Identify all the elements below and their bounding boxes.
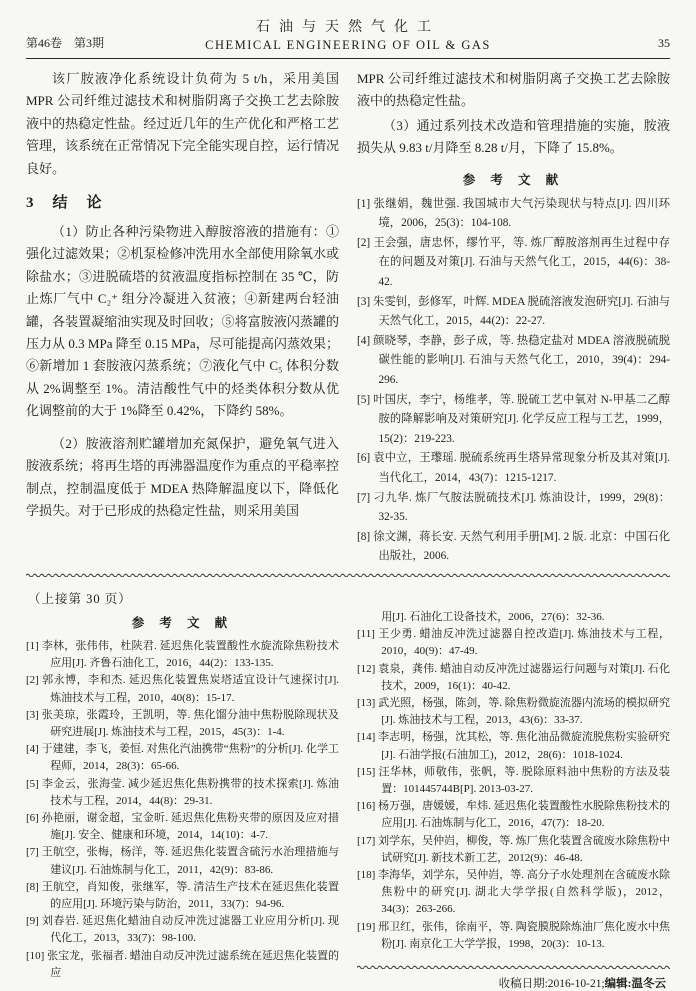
reference-item: [7] 王航空，张梅，杨洋，等. 延迟焦化装置含硫污水治理措施与建议[J]. 石…	[26, 844, 339, 878]
reference-item: [3] 朱雯钊，彭修军，叶辉. MDEA 脱硫溶液发泡研究[J]. 石油与天然气…	[357, 293, 670, 332]
reference-item: [4] 于建建，李飞，姜恒. 对焦化汽油携带“焦粉”的分析[J]. 化学工程师，…	[26, 741, 339, 775]
section-heading-conclusion: 3 结 论	[26, 191, 339, 212]
references-heading: 参 考 文 献	[357, 170, 670, 188]
continuation-left-column: 参 考 文 献 [1] 李林，张伟伟，杜陕君. 延迟焦化装置酸性水旋流除焦粉技术…	[26, 609, 339, 989]
reference-item: [14] 李志明，杨强，沈其松，等. 焦化油品微旋流脱焦粉实验研究[J]. 石油…	[357, 729, 670, 763]
reference-item: [2] 郭永博，李和杰. 延迟焦化装置焦炭塔适宜设计气速探讨[J]. 炼油技术与…	[26, 672, 339, 706]
references-list-top: [1] 张继娟，魏世强. 我国城市大气污染现状与特点[J]. 四川环境，2006…	[357, 195, 670, 567]
reference-item: [8] 徐文渊，蒋长安. 天然气利用手册[M]. 2 版. 北京：中国石化出版社…	[357, 528, 670, 567]
reference-item: [16] 杨万强，唐媛媛，牟炜. 延迟焦化装置酸性水脱除焦粉技术的应用[J]. …	[357, 798, 670, 832]
reference-item: [2] 王会强，唐忠怀，缪竹平，等. 炼厂醇胺溶剂再生过程中存在的问题及对策[J…	[357, 234, 670, 293]
references-heading: 参 考 文 献	[26, 613, 339, 631]
continuation-section: 参 考 文 献 [1] 李林，张伟伟，杜陕君. 延迟焦化装置酸性水旋流除焦粉技术…	[26, 607, 670, 989]
journal-page: 第46卷 第3期 石油与天然气化工 CHEMICAL ENGINEERING O…	[0, 0, 696, 991]
section-wavy-divider	[26, 572, 670, 577]
received-editor-line: 收稿日期:2017-02-20;编辑:温冬云	[357, 567, 670, 570]
reference-item: [6] 孙艳丽，谢金超，宝金昕. 延迟焦化焦粉夹带的原因及应对措施[J]. 安全…	[26, 810, 339, 844]
body-paragraph: （3）通过系列技术改造和管理措施的实施，胺液损失从 9.83 t/月降至 8.2…	[357, 115, 670, 160]
body-paragraph: （2）胺液溶剂贮罐增加充氮保护，避免氧气进入胺液系统；将再生塔的再沸器温度作为重…	[26, 433, 339, 523]
reference-item: [6] 袁中立，王瓈瑶. 脱硫系统再生塔异常现象分析及其对策[J]. 当代化工，…	[357, 449, 670, 488]
continuation-right-column: 用[J]. 石油化工设备技术，2006，27(6)：32-36. [11] 王少…	[357, 609, 670, 989]
page-number: 35	[550, 36, 670, 53]
reference-item: [1] 张继娟，魏世强. 我国城市大气污染现状与特点[J]. 四川环境，2006…	[357, 195, 670, 234]
reference-item: [1] 李林，张伟伟，杜陕君. 延迟焦化装置酸性水旋流除焦粉技术应用[J]. 齐…	[26, 638, 339, 672]
spacer	[357, 953, 670, 964]
volume-issue: 第46卷 第3期	[26, 34, 146, 53]
left-column: 该厂胺液净化系统设计负荷为 5 t/h，采用美国MPR 公司纤维过滤技术和树脂阴…	[26, 68, 339, 570]
reference-item: [4] 颜晓琴，李静，彭子成，等. 热稳定盐对 MDEA 溶液脱硫脱碳性能的影响…	[357, 332, 670, 391]
continuation-note: （上接第 30 页）	[28, 589, 670, 607]
received-editor-line: 收稿日期:2016-10-21;编辑:温冬云	[357, 969, 670, 989]
reference-item: [17] 刘学东，吴仲岿，柳俊，等. 炼厂焦化装置含硫废水除焦粉中试研究[J].…	[357, 833, 670, 867]
reference-item: [7] 刁九华. 炼厂气胺法脱硫技术[J]. 炼油设计，1999，29(8)：3…	[357, 489, 670, 528]
reference-item: [5] 叶国庆，李宁，杨维孝，等. 脱硫工艺中氧对 N-甲基二乙醇胺的降解影响及…	[357, 391, 670, 450]
page-header: 第46卷 第3期 石油与天然气化工 CHEMICAL ENGINEERING O…	[26, 16, 670, 59]
journal-title-en: CHEMICAL ENGINEERING OF OIL & GAS	[146, 38, 550, 53]
reference-item: [11] 王少勇. 蜡油反冲洗过滤器自控改造[J]. 炼油技术与工程，2010，…	[357, 626, 670, 660]
journal-title-cn: 石油与天然气化工	[146, 16, 550, 36]
main-content: 该厂胺液净化系统设计负荷为 5 t/h，采用美国MPR 公司纤维过滤技术和树脂阴…	[26, 68, 670, 570]
received-date: 收稿日期:2016-10-21;	[499, 978, 605, 989]
reference-item: [9] 刘春岩. 延迟焦化蜡油自动反冲洗过滤器工业应用分析[J]. 现代化工，2…	[26, 913, 339, 947]
reference-item-continued: 用[J]. 石油化工设备技术，2006，27(6)：32-36.	[357, 609, 670, 626]
body-paragraph: （1）防止各种污染物进入醇胺溶液的措施有：①强化过滤效果；②机泵检修冲洗用水全部…	[26, 221, 339, 423]
reference-item: [15] 汪华林，师敬伟，张帆，等. 脱除原料油中焦粉的方法及装置：101445…	[357, 764, 670, 798]
body-paragraph: MPR 公司纤维过滤技术和树脂阴离子交换工艺去除胺液中的热稳定性盐。	[357, 68, 670, 113]
reference-item: [5] 李金云，张海莹. 减少延迟焦化焦粉携带的技术探索[J]. 炼油技术与工程…	[26, 776, 339, 810]
editor-name: 编辑:温冬云	[605, 978, 666, 989]
reference-item: [10] 张宝龙，张福者. 蜡油自动反冲洗过滤系统在延迟焦化装置的应	[26, 948, 339, 982]
reference-item: [18] 李海华，刘学东，吴仲岿，等. 高分子水处理剂在含硫废水除焦粉中的研究[…	[357, 867, 670, 919]
reference-item: [12] 袁泉，龚伟. 蜡油自动反冲洗过滤器运行问题与对策[J]. 石化技术，2…	[357, 661, 670, 695]
right-column: MPR 公司纤维过滤技术和树脂阴离子交换工艺去除胺液中的热稳定性盐。 （3）通过…	[357, 68, 670, 570]
journal-title-block: 石油与天然气化工 CHEMICAL ENGINEERING OF OIL & G…	[146, 16, 550, 53]
reference-item: [3] 张美琼，张霞玲，王凯明，等. 焦化馏分油中焦粉脱除现状及研究进展[J].…	[26, 707, 339, 741]
reference-item: [13] 武光照，杨强，陈剑，等. 除焦粉微旋流器内流场的模拟研究[J]. 炼油…	[357, 695, 670, 729]
reference-item: [8] 王航空，肖知俊，张继军，等. 清洁生产技术在延迟焦化装置的应用[J]. …	[26, 879, 339, 913]
body-paragraph: 该厂胺液净化系统设计负荷为 5 t/h，采用美国MPR 公司纤维过滤技术和树脂阴…	[26, 68, 339, 180]
reference-item: [19] 邢卫红，张伟，徐南平，等. 陶瓷膜脱除炼油厂焦化废水中焦粉[J]. 南…	[357, 919, 670, 953]
